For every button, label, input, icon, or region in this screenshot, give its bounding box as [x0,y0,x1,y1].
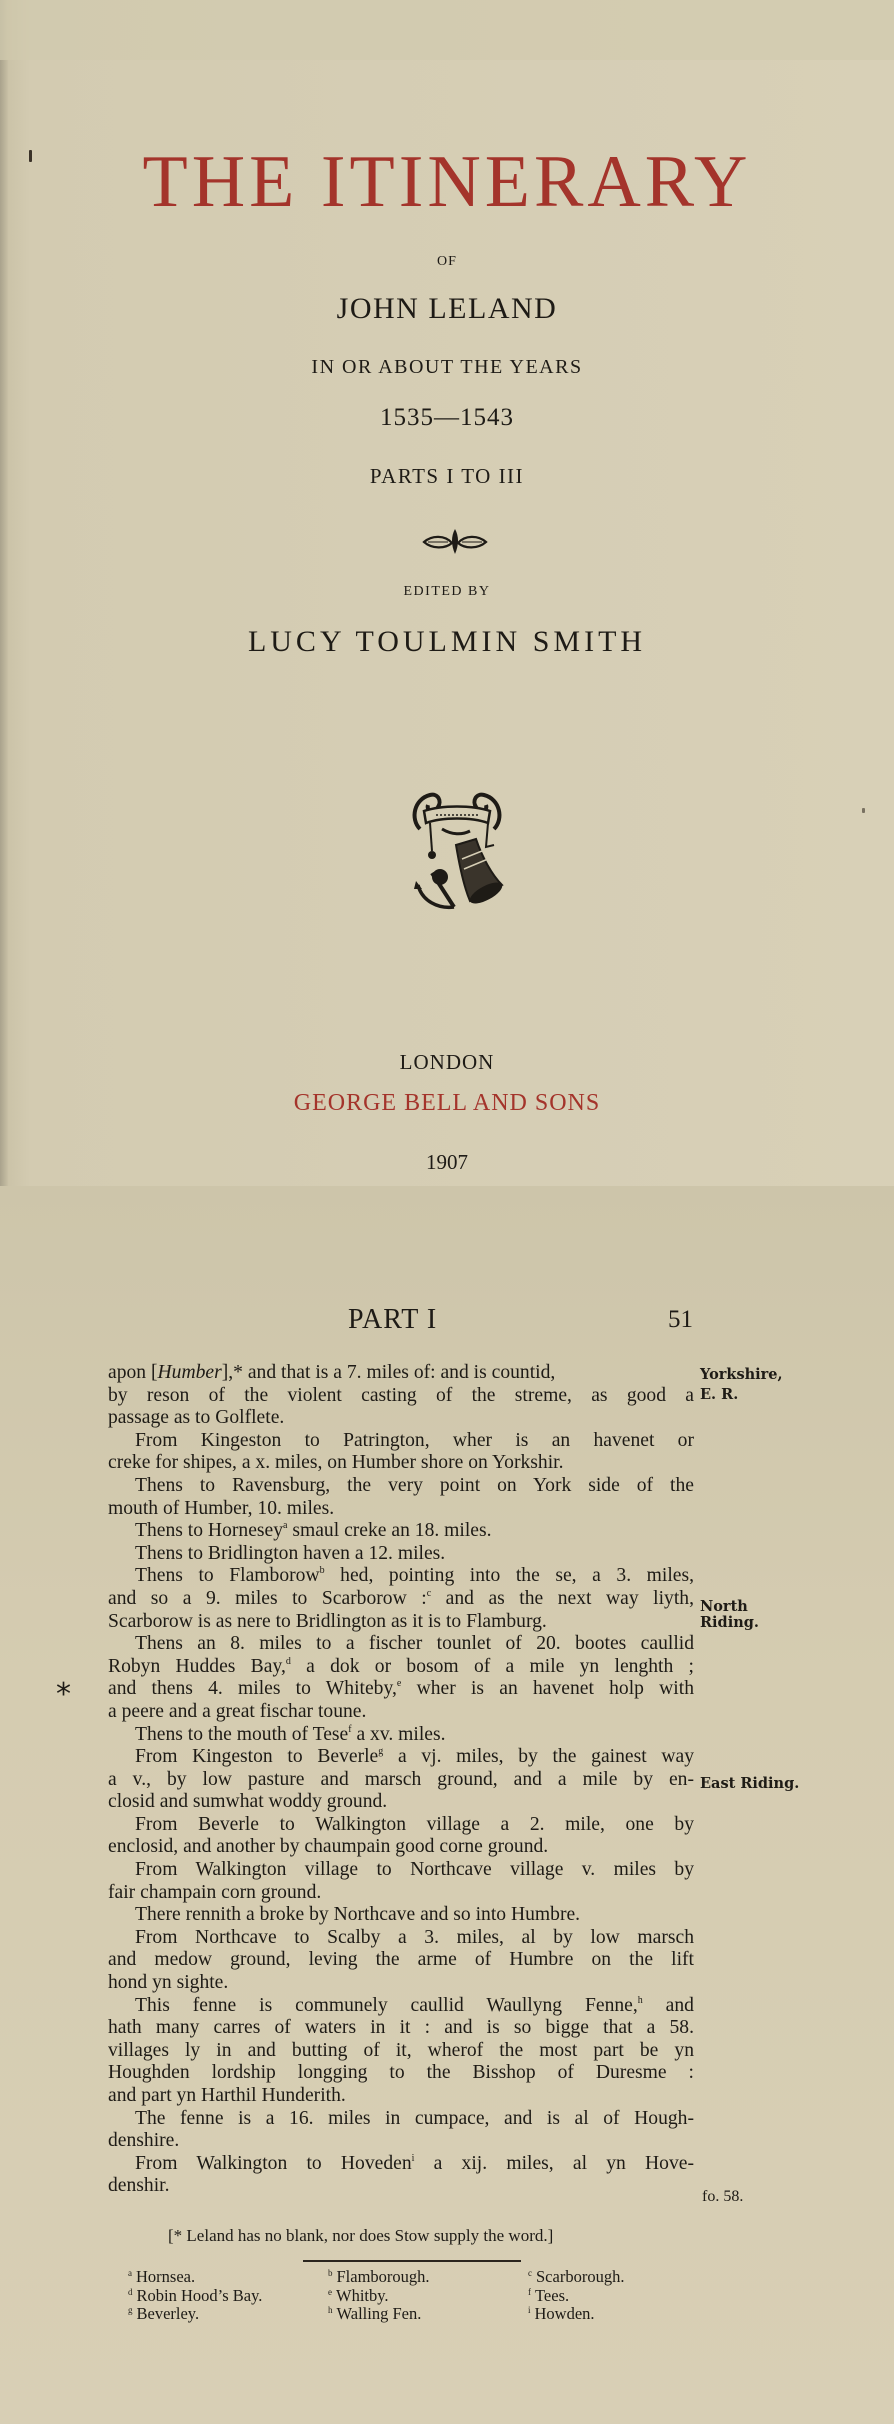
years-label: IN OR ABOUT THE YEARS [0,356,894,379]
ink-speck [862,808,865,813]
title-page: THE ITINERARY OF JOHN LELAND IN OR ABOUT… [0,0,894,1186]
margin-note-riding: Riding. [700,1614,759,1631]
footnote: aHornsea. [128,2268,328,2287]
line-text: Robyn Huddes Bay, [108,1656,286,1677]
line-text: a xv. miles. [352,1724,446,1745]
scan-top-band [0,0,894,60]
footnote: eWhitby. [328,2287,528,2306]
author-name: JOHN LELAND [0,292,894,326]
line-text: Thens to Hornesey [135,1520,283,1541]
publication-place: LONDON [0,1050,894,1075]
line-text: Thens to Ravensburg, the very point on Y… [135,1475,694,1496]
body-text: apon [Humber],* and that is a 7. miles o… [108,1362,694,2198]
text-line: fair champain corn ground. [108,1882,694,1905]
line-text: From Walkington to Hoveden [135,2153,412,2174]
footnote-text: Walling Fen. [337,2304,422,2323]
footnote-text: Robin Hood’s Bay. [137,2286,263,2305]
line-text: Scarborow is as nere to Bridlington as i… [108,1611,547,1632]
line-text: ],* and that is a 7. miles of: and is co… [222,1362,556,1383]
text-line: closid and sumwhat woddy ground. [108,1791,694,1814]
line-text: From Beverle to Walkington village a 2. … [135,1814,694,1835]
title-of: OF [0,254,894,270]
text-line: enclosid, and another by chaumpain good … [108,1836,694,1859]
margin-note-north: North [700,1598,748,1615]
footnote-mark: c [528,2268,532,2278]
footnote-row: aHornsea.bFlamborough.cScarborough. [128,2268,728,2287]
text-line: Thens to Bridlington haven a 12. miles. [108,1543,694,1566]
leaf-fleuron-ornament-icon [420,527,490,555]
line-text: Thens to the mouth of Tese [135,1724,348,1745]
line-text: and part yn Harthil Hunderith. [108,2085,346,2106]
footnote: hWalling Fen. [328,2305,528,2324]
line-text: This fenne is communely caullid Waullyng… [135,1995,638,2016]
text-line: From Northcave to Scalby a 3. miles, al … [108,1927,694,1950]
margin-note-east-riding: East Riding. [700,1775,799,1792]
footnote-text: Whitby. [336,2286,389,2305]
text-line: by reson of the violent casting of the s… [108,1385,694,1408]
text-line: Houghden lordship longging to the Bissho… [108,2062,694,2085]
footnote-mark: d [128,2287,133,2297]
spine-shadow [0,60,8,1186]
text-line: Thens to Horneseya smaul creke an 18. mi… [108,1520,694,1543]
footnote: dRobin Hood’s Bay. [128,2287,328,2306]
footnote-mark: g [128,2305,133,2315]
footnote-mark: a [128,2268,132,2278]
text-line: Thens to Flamborowb hed, pointing into t… [108,1565,694,1588]
text-line: This fenne is communely caullid Waullyng… [108,1995,694,2018]
footnote-text: Tees. [535,2286,569,2305]
footnote-text: Scarborough. [536,2267,624,2286]
line-text: From Northcave to Scalby a 3. miles, al … [135,1927,694,1948]
text-line: a peere and a great fischar toune. [108,1701,694,1724]
line-text: passage as to Golflete. [108,1407,284,1428]
footnote-mark: f [528,2287,531,2297]
running-title: PART I [348,1304,437,1336]
line-text: creke for shipes, a x. miles, on Humber … [108,1452,564,1473]
text-line: Thens to Ravensburg, the very point on Y… [108,1475,694,1498]
text-line: passage as to Golflete. [108,1407,694,1430]
text-page: PART I 51 apon [Humber],* and that is a … [0,1186,894,2424]
left-margin-asterisk: * [56,1680,71,1710]
text-line: and medow ground, leving the arme of Hum… [108,1949,694,1972]
margin-note-folio: fo. 58. [702,2188,743,2206]
line-text: hath many carres of waters in it : and i… [108,2017,694,2038]
line-text: a vj. miles, by the gainest way [383,1746,694,1767]
publication-year: 1907 [0,1150,894,1175]
footnote-text: Hornsea. [136,2267,195,2286]
footnote: cScarborough. [528,2268,728,2287]
line-text: fair champain corn ground. [108,1882,321,1903]
footnote: bFlamborough. [328,2268,528,2287]
line-text: enclosid, and another by chaumpain good … [108,1836,548,1857]
text-line: There rennith a broke by Northcave and s… [108,1904,694,1927]
margin-note-east-riding-abbrev: E. R. [700,1386,738,1403]
text-line: From Walkington village to Northcave vil… [108,1859,694,1882]
footnote-mark: i [528,2305,531,2315]
margin-note-yorkshire: Yorkshire, [700,1366,783,1383]
line-text: denshire. [108,2130,179,2151]
line-text: From Kingeston to Patrington, wher is an… [135,1430,694,1451]
text-line: mouth of Humber, 10. miles. [108,1498,694,1521]
editor-name: LUCY TOULMIN SMITH [0,625,894,659]
text-line: creke for shipes, a x. miles, on Humber … [108,1452,694,1475]
line-text: and as the next way liyth, [431,1588,694,1609]
line-text: The fenne is a 16. miles in cumpace, and… [135,2108,694,2129]
footnote: iHowden. [528,2305,728,2324]
book-title: THE ITINERARY [0,140,894,225]
line-text: a dok or bosom of a mile yn lenghth ; [291,1656,694,1677]
footnote-text: Flamborough. [337,2267,430,2286]
footnote-row: gBeverley.hWalling Fen.iHowden. [128,2305,728,2324]
line-text: mouth of Humber, 10. miles. [108,1498,334,1519]
text-line: From Beverle to Walkington village a 2. … [108,1814,694,1837]
line-text: There rennith a broke by Northcave and s… [135,1904,580,1925]
line-text: by reson of the violent casting of the s… [108,1385,694,1406]
editor-note: [* Leland has no blank, nor does Stow su… [168,2226,553,2246]
text-line: hath many carres of waters in it : and i… [108,2017,694,2040]
line-text: hond yn sighte. [108,1972,228,1993]
text-line: The fenne is a 16. miles in cumpace, and… [108,2108,694,2131]
text-line: apon [Humber],* and that is a 7. miles o… [108,1362,694,1385]
page-number: 51 [668,1306,693,1334]
text-line: From Kingeston to Beverleg a vj. miles, … [108,1746,694,1769]
italic-insertion: Humber [158,1362,222,1383]
line-text: a peere and a great fischar toune. [108,1701,366,1722]
text-line: and part yn Harthil Hunderith. [108,2085,694,2108]
line-text: apon [ [108,1362,158,1383]
footnote-mark: e [328,2287,332,2297]
line-text: a v., by low pasture and marsch ground, … [108,1769,694,1790]
footnote: gBeverley. [128,2305,328,2324]
line-text: villages ly in and butting of it, wherof… [108,2040,694,2061]
text-line: Thens an 8. miles to a fischer tounlet o… [108,1633,694,1656]
text-line: Scarborow is as nere to Bridlington as i… [108,1611,694,1634]
text-line: Robyn Huddes Bay,d a dok or bosom of a m… [108,1656,694,1679]
line-text: and so a 9. miles to Scarborow : [108,1588,427,1609]
publisher-device-bell-anchor-icon [402,789,512,914]
text-line: denshir. [108,2175,694,2198]
footnote-text: Howden. [535,2304,595,2323]
line-text: a xij. miles, al yn Hove- [414,2153,694,2174]
text-line: Thens to the mouth of Tesef a xv. miles. [108,1724,694,1747]
footnotes: aHornsea.bFlamborough.cScarborough.dRobi… [128,2268,728,2324]
footnote-mark: b [328,2268,333,2278]
text-line: a v., by low pasture and marsch ground, … [108,1769,694,1792]
line-text: Houghden lordship longging to the Bissho… [108,2062,694,2083]
footnote: fTees. [528,2287,728,2306]
text-line: and thens 4. miles to Whiteby,e wher is … [108,1678,694,1701]
line-text: Thens to Flamborow [135,1565,320,1586]
text-line: and so a 9. miles to Scarborow :c and as… [108,1588,694,1611]
text-line: denshire. [108,2130,694,2153]
line-text: and medow ground, leving the arme of Hum… [108,1949,694,1970]
line-text: wher is an havenet holp with [401,1678,694,1699]
footnote-row: dRobin Hood’s Bay.eWhitby.fTees. [128,2287,728,2306]
edited-by-label: EDITED BY [0,584,894,600]
footnote-mark: h [328,2305,333,2315]
line-text: From Kingeston to Beverle [135,1746,378,1767]
line-text: From Walkington village to Northcave vil… [135,1859,694,1880]
line-text: Thens to Bridlington haven a 12. miles. [135,1543,445,1564]
footnote-text: Beverley. [137,2304,200,2323]
line-text: and thens 4. miles to Whiteby, [108,1678,397,1699]
publisher-name: GEORGE BELL AND SONS [0,1090,894,1117]
line-text: smaul creke an 18. miles. [287,1520,491,1541]
line-text: and [643,1995,694,2016]
text-line: hond yn sighte. [108,1972,694,1995]
text-line: villages ly in and butting of it, wherof… [108,2040,694,2063]
text-line: From Walkington to Hovedeni a xij. miles… [108,2153,694,2176]
footnote-rule [303,2260,521,2262]
line-text: closid and sumwhat woddy ground. [108,1791,387,1812]
line-text: Thens an 8. miles to a fischer tounlet o… [135,1633,694,1654]
years-range: 1535—1543 [0,404,894,432]
parts-label: PARTS I TO III [0,464,894,489]
line-text: denshir. [108,2175,170,2196]
text-line: From Kingeston to Patrington, wher is an… [108,1430,694,1453]
running-head: PART I 51 [0,1304,894,1344]
line-text: hed, pointing into the se, a 3. miles, [325,1565,694,1586]
